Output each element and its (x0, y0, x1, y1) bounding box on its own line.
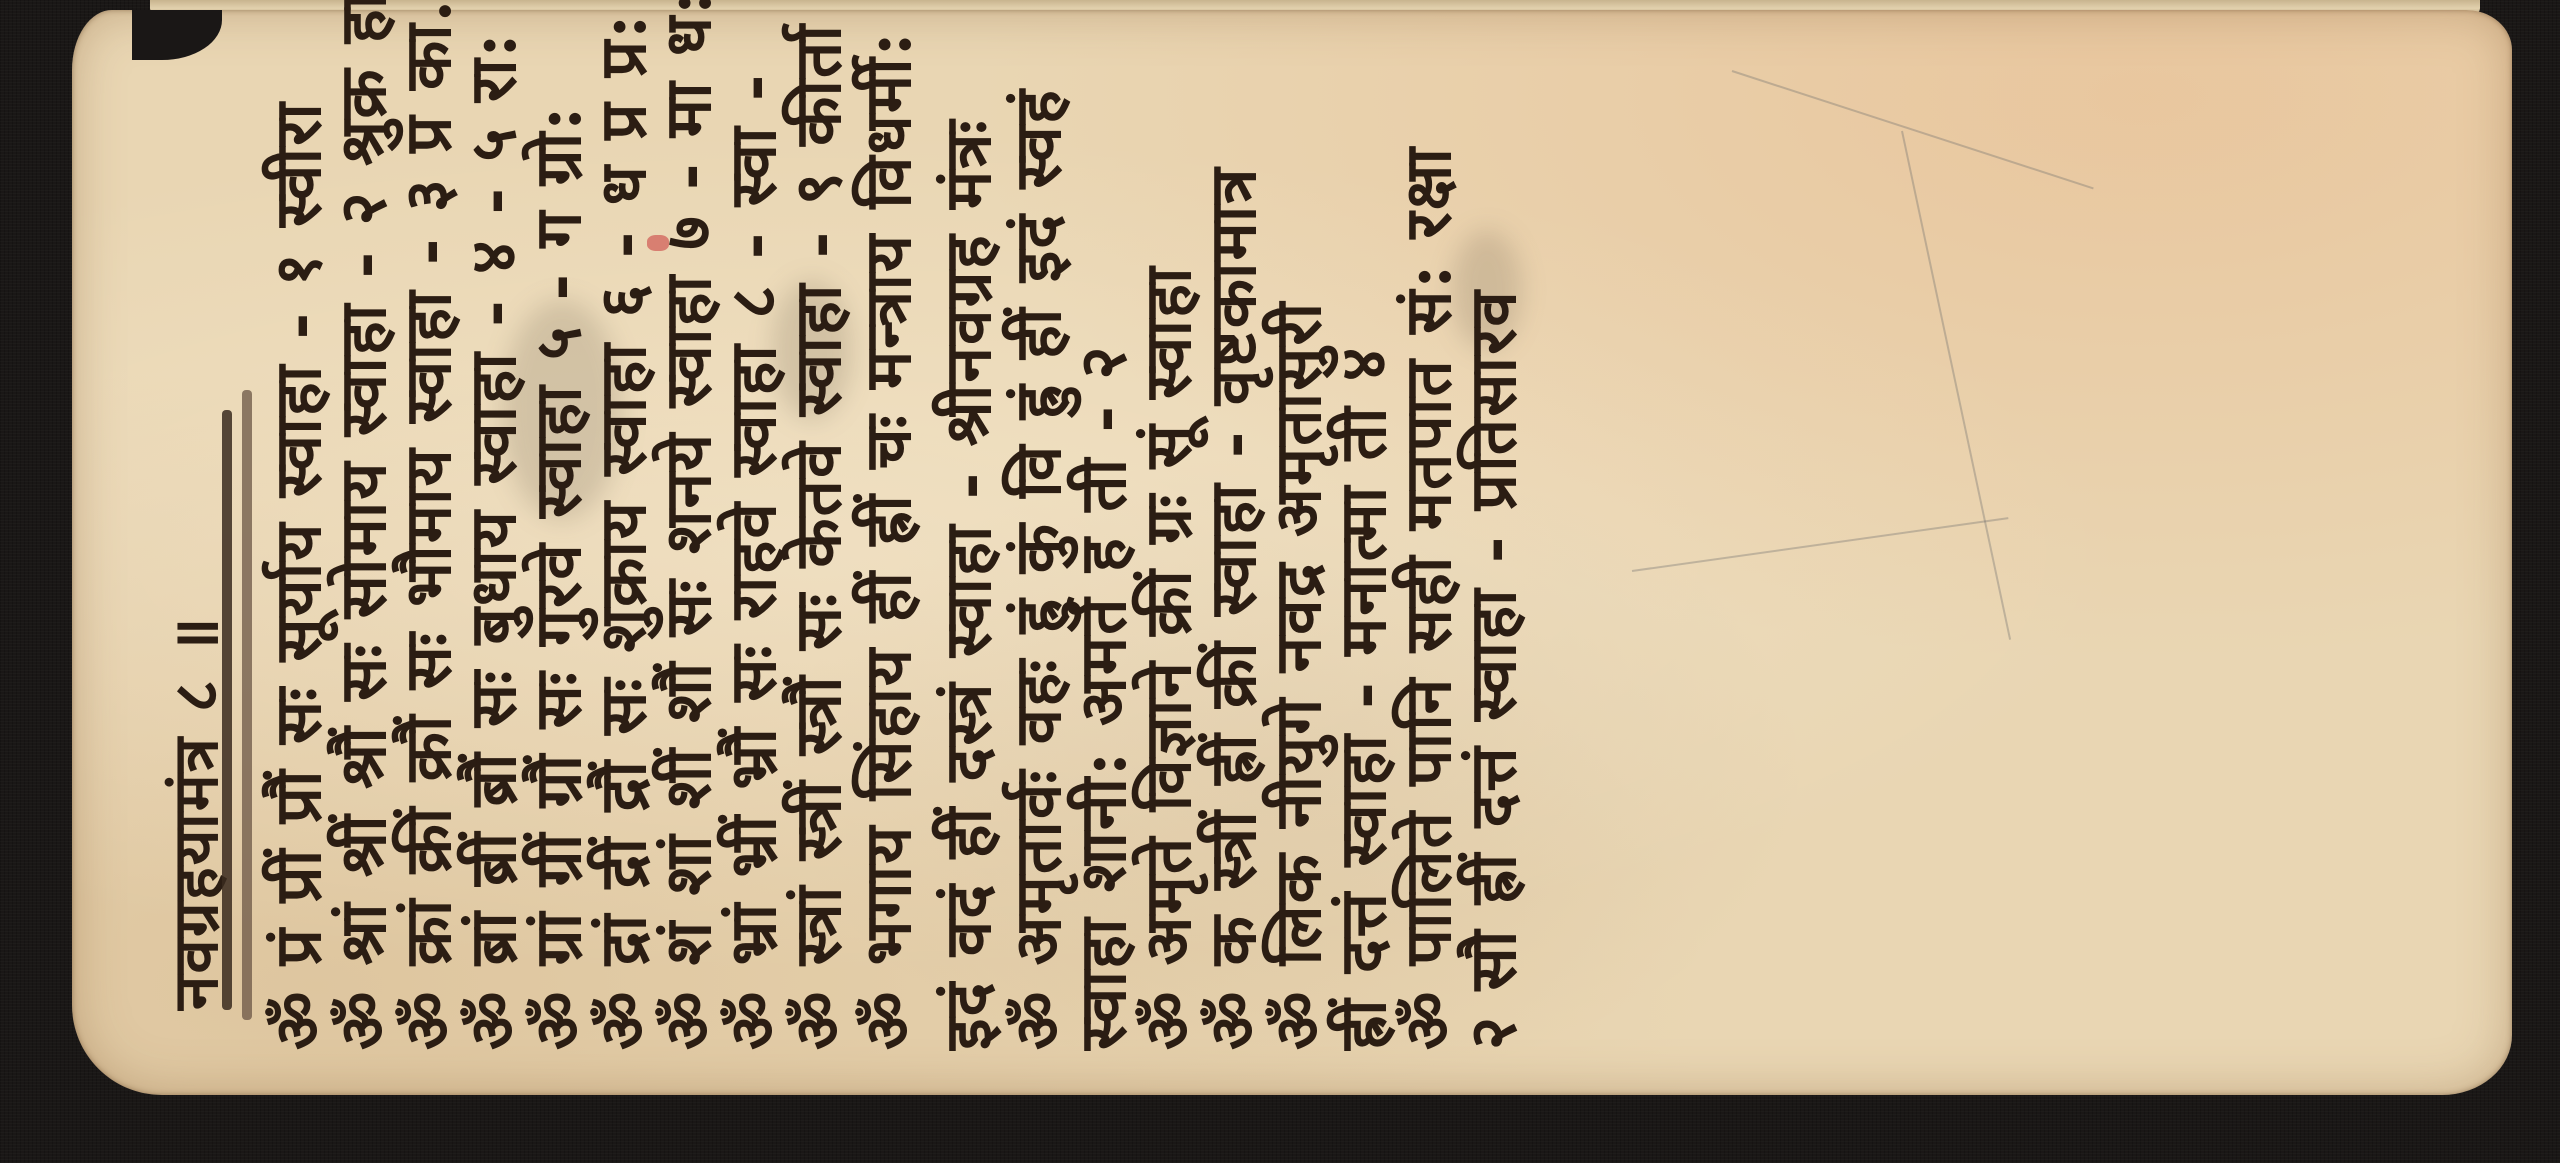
title-underline (222, 410, 232, 1010)
pencil-mark (1632, 517, 2009, 572)
manuscript-page: नवग्रहयामंत्र ८ ॥ ॐ प्रं प्रीं प्रौं सः … (72, 10, 2512, 1095)
pencil-mark (1732, 70, 2094, 189)
torn-corner (132, 10, 222, 60)
title-underline (242, 390, 252, 1020)
pencil-mark (1901, 131, 2011, 640)
text-line: २ सौ ह्रीं दत्तं स्वाहा - प्रतिसारव (1447, 289, 1534, 1050)
text-line: ॐ भगाय सिंहाय हीं ह्रीं चः मन्त्राय विधर… (842, 31, 929, 1050)
